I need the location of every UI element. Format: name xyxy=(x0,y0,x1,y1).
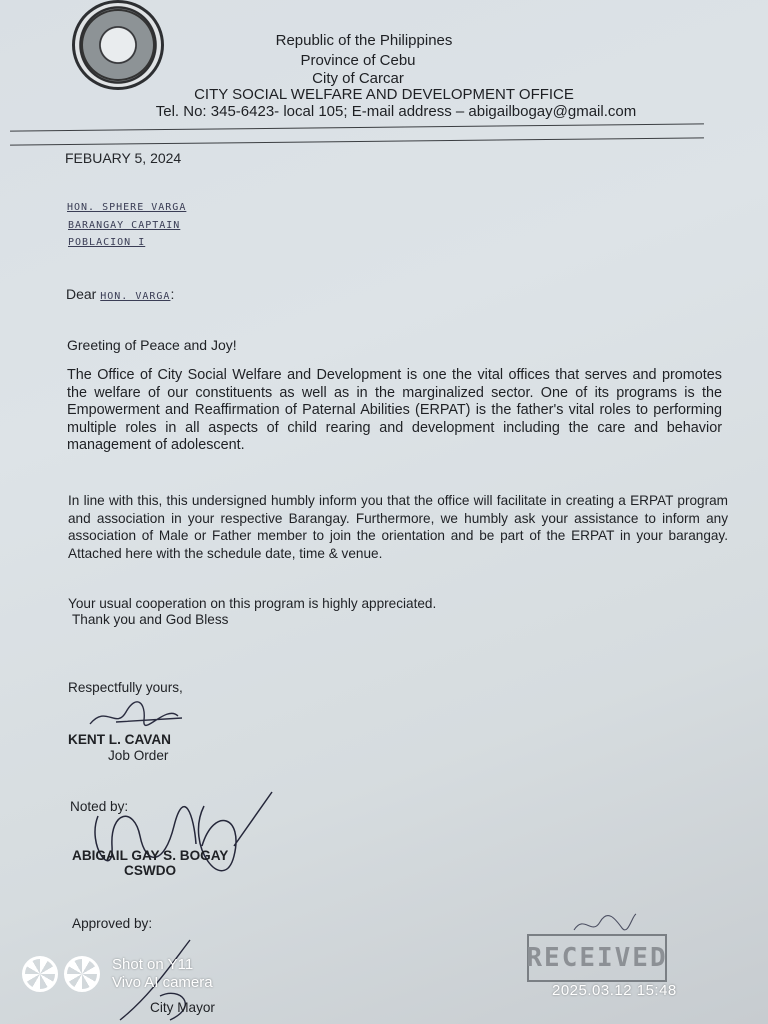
letter-page: Republic of the Philippines Province of … xyxy=(0,0,768,1024)
letterhead-province: Province of Cebu xyxy=(0,52,742,69)
letter-date: FEBUARY 5, 2024 xyxy=(65,150,181,166)
header-rule-top xyxy=(10,123,704,131)
recipient-name: HON. SPHERE VARGA xyxy=(67,202,186,213)
sender-title: Job Order xyxy=(108,747,168,765)
receiver-initials-icon xyxy=(570,910,640,938)
camera-watermark: Shot on Y11 Vivo AI camera xyxy=(22,956,213,992)
salutation-suffix: : xyxy=(170,286,174,302)
camera-aperture-icon xyxy=(22,956,58,992)
recipient-barangay: POBLACION I xyxy=(68,237,145,248)
camera-brand: Vivo AI camera xyxy=(112,974,213,992)
noted-title: CSWDO xyxy=(124,862,176,880)
approved-title: City Mayor xyxy=(150,999,215,1017)
salutation-name: HON. VARGA xyxy=(100,291,170,302)
closing-line-2: Thank you and God Bless xyxy=(72,611,228,629)
salutation: Dear HON. VARGA: xyxy=(66,286,174,302)
letterhead-office: CITY SOCIAL WELFARE AND DEVELOPMENT OFFI… xyxy=(0,86,768,103)
received-stamp: RECEIVED xyxy=(527,934,667,982)
recipient-title: BARANGAY CAPTAIN xyxy=(68,220,180,231)
salutation-prefix: Dear xyxy=(66,286,96,302)
camera-watermark-text: Shot on Y11 Vivo AI camera xyxy=(112,956,213,992)
body-paragraph-2: In line with this, this undersigned humb… xyxy=(68,492,728,562)
approved-by-label: Approved by: xyxy=(72,915,152,933)
letterhead-contact: Tel. No: 345-6423- local 105; E-mail add… xyxy=(12,103,768,120)
photo-timestamp: 2025.03.12 15:48 xyxy=(552,982,677,999)
body-paragraph-1: The Office of City Social Welfare and De… xyxy=(67,367,722,455)
sender-signature-icon xyxy=(86,694,186,734)
header-rule-bottom xyxy=(10,137,704,145)
camera-aperture-icon-2 xyxy=(64,956,100,992)
letterhead-country: Republic of the Philippines xyxy=(0,32,748,49)
greeting: Greeting of Peace and Joy! xyxy=(67,336,237,354)
camera-model: Shot on Y11 xyxy=(112,956,213,974)
noted-signature-icon xyxy=(84,786,284,896)
letterhead-city: City of Carcar xyxy=(0,70,742,87)
